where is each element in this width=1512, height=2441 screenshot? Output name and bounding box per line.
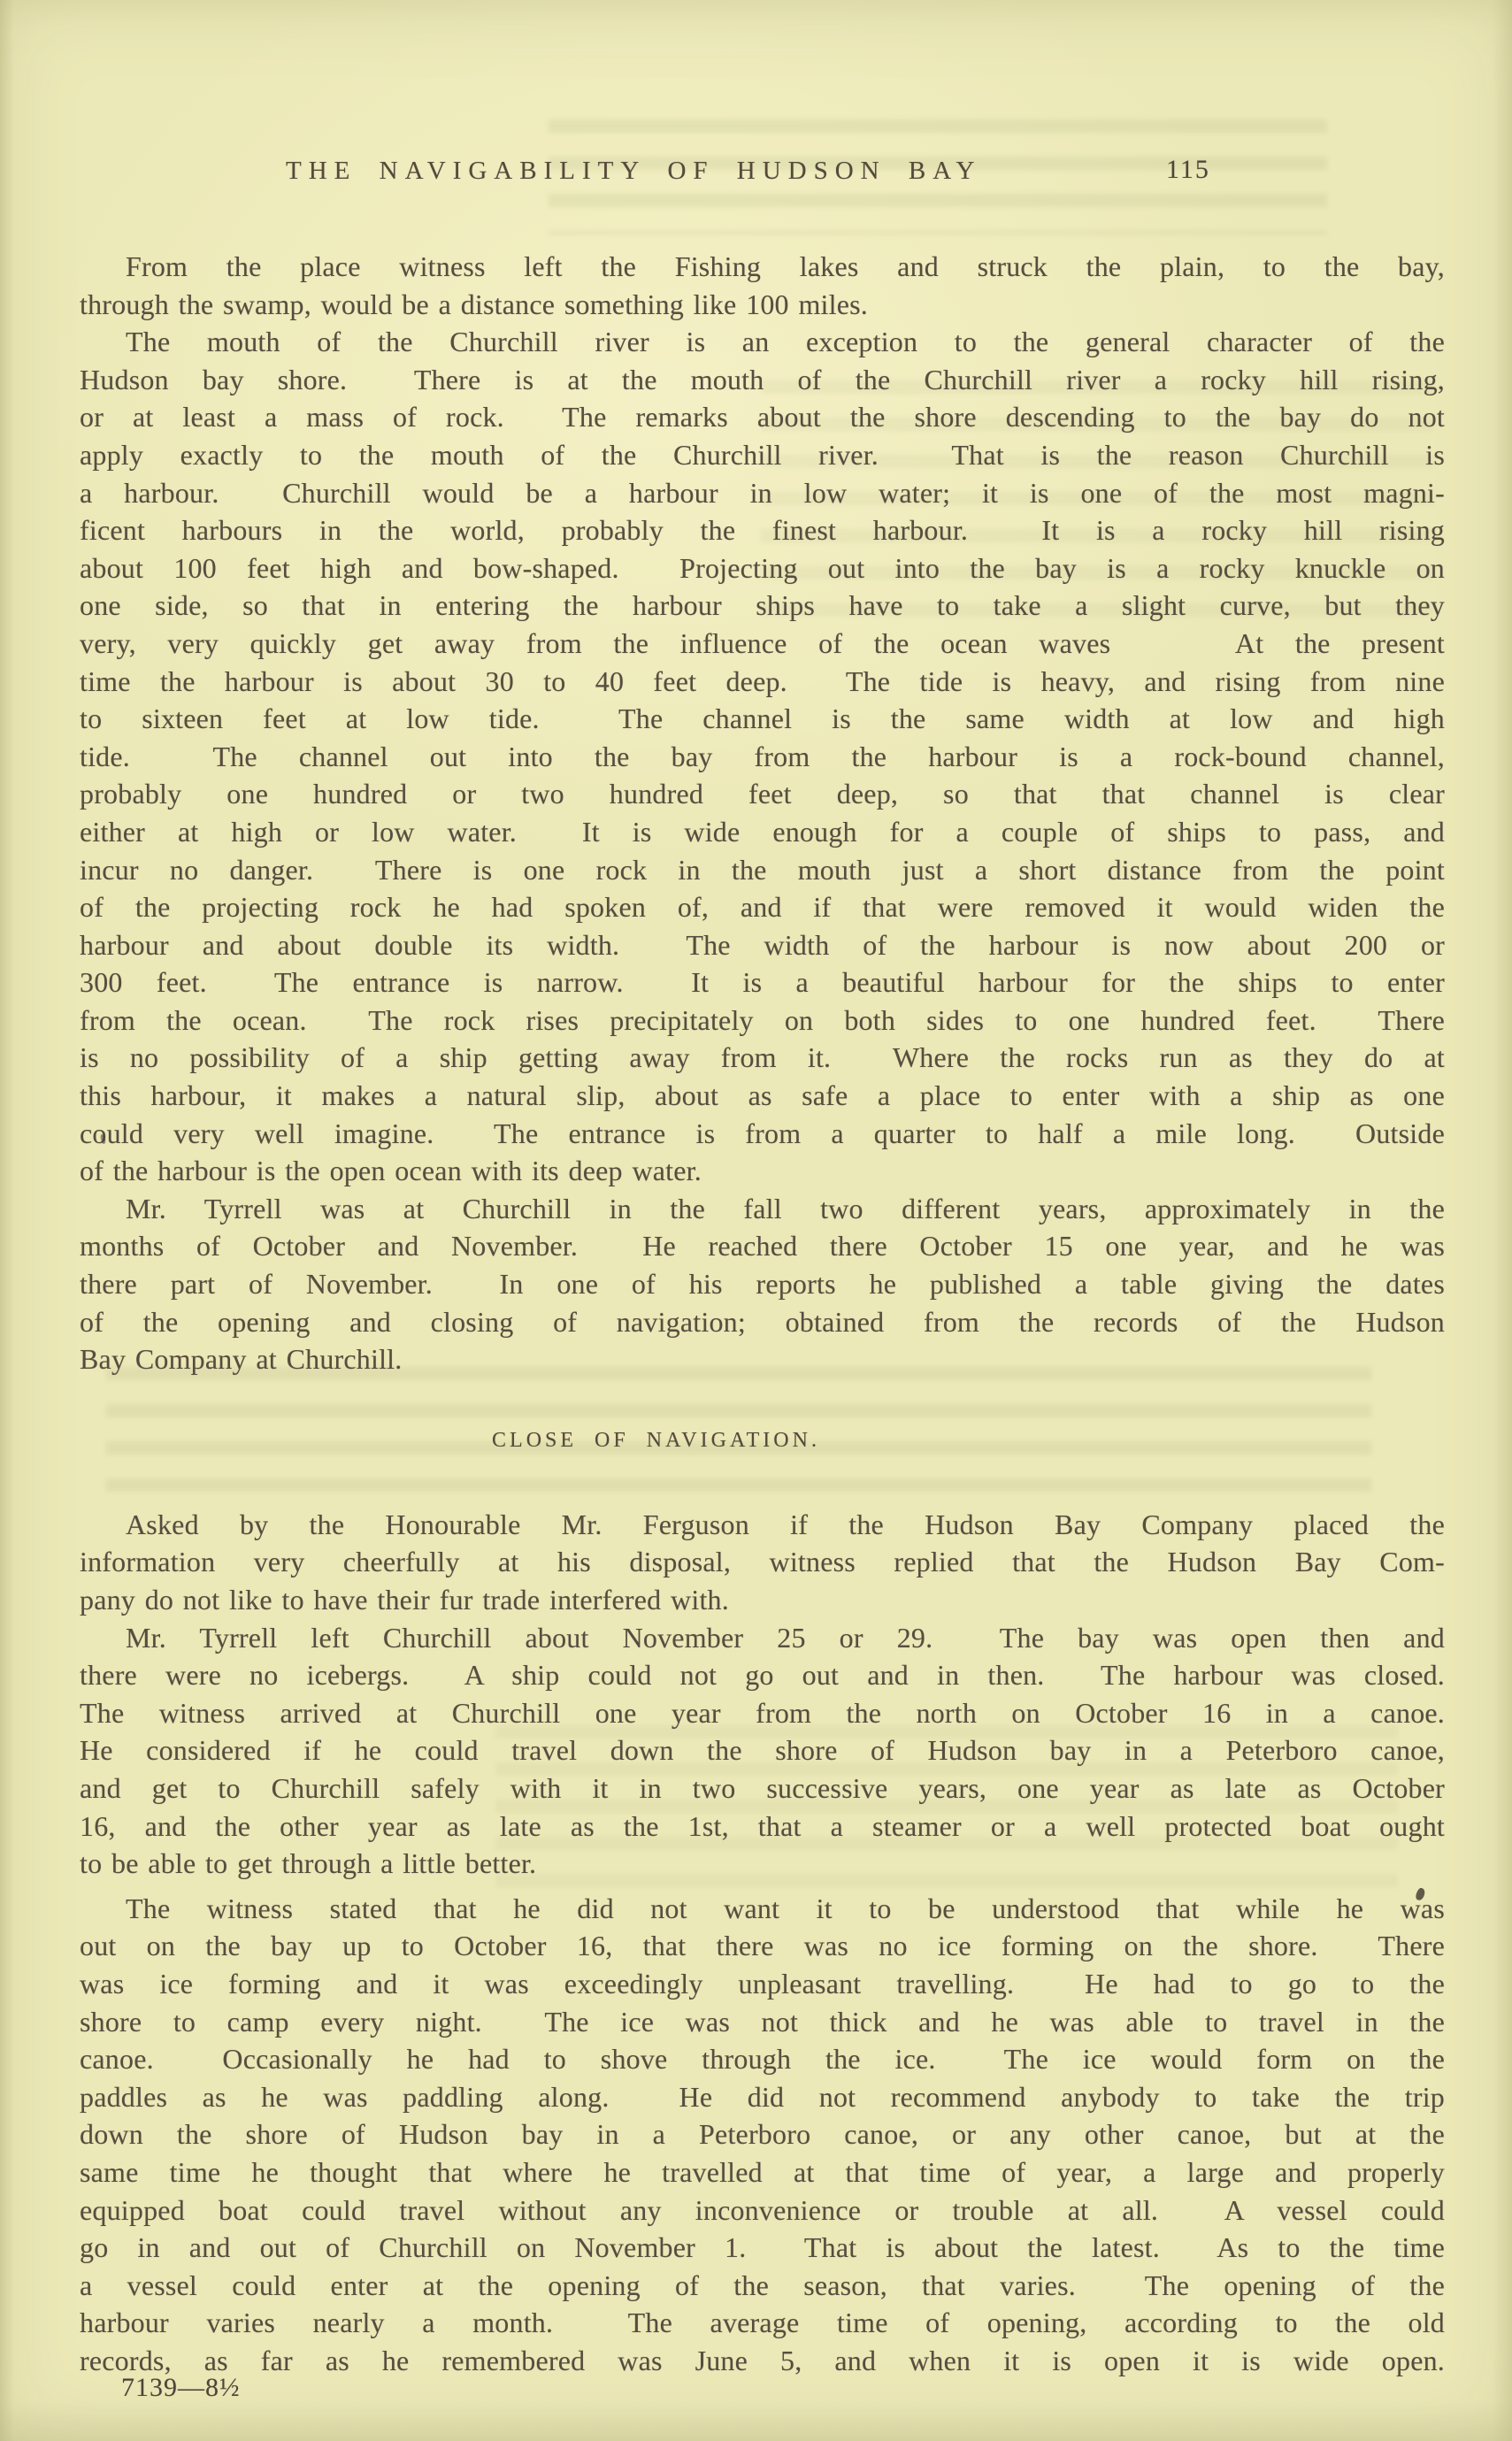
body-text-lower: Asked by the Honourable Mr. Ferguson if … [80, 1506, 1445, 2380]
text-line: very, very quickly get away from the inf… [80, 625, 1445, 663]
text-line: apply exactly to the mouth of the Church… [80, 436, 1445, 474]
text-line: time the harbour is about 30 to 40 feet … [80, 663, 1445, 701]
text-line: The witness arrived at Churchill one yea… [80, 1694, 1445, 1732]
text-line: to be able to get through a little bette… [80, 1845, 1445, 1883]
text-line: Bay Company at Churchill. [80, 1340, 1445, 1378]
text-line: about 100 feet high and bow-shaped. Proj… [80, 549, 1445, 587]
body-text: From the place witness left the Fishing … [80, 248, 1445, 2379]
text-line: equipped boat could travel without any i… [80, 2192, 1445, 2230]
text-line: harbour and about double its width. The … [80, 926, 1445, 964]
text-line: Hudson bay shore. There is at the mouth … [80, 361, 1445, 399]
text-line: could very well imagine. The entrance is… [80, 1115, 1445, 1153]
text-line: through the swamp, would be a distance s… [80, 286, 1445, 324]
text-line: this harbour, it makes a natural slip, a… [80, 1077, 1445, 1115]
text-line: a harbour. Churchill would be a harbour … [80, 474, 1445, 512]
text-line: records, as far as he remembered was Jun… [80, 2342, 1445, 2380]
text-line: From the place witness left the Fishing … [80, 248, 1445, 286]
text-line: go in and out of Churchill on November 1… [80, 2229, 1445, 2267]
text-line: He considered if he could travel down th… [80, 1731, 1445, 1769]
text-line: pany do not like to have their fur trade… [80, 1581, 1445, 1619]
text-line: there part of November. In one of his re… [80, 1265, 1445, 1303]
text-line: of the opening and closing of navigation… [80, 1303, 1445, 1341]
text-line: either at high or low water. It is wide … [80, 813, 1445, 851]
text-line: 16, and the other year as late as the 1s… [80, 1808, 1445, 1846]
text-line: and get to Churchill safely with it in t… [80, 1769, 1445, 1808]
text-line: to sixteen feet at low tide. The channel… [80, 700, 1445, 738]
text-line: months of October and November. He reach… [80, 1227, 1445, 1265]
paragraph: Mr. Tyrrell was at Churchill in the fall… [80, 1190, 1445, 1378]
body-text-upper: From the place witness left the Fishing … [80, 248, 1445, 1378]
text-line: harbour varies nearly a month. The avera… [80, 2304, 1445, 2342]
text-line: there were no icebergs. A ship could not… [80, 1656, 1445, 1694]
text-line: ficent harbours in the world, probably t… [80, 511, 1445, 549]
paragraph: From the place witness left the Fishing … [80, 248, 1445, 323]
printers-signature-mark: 7139—8½ [121, 2373, 241, 2403]
text-line: Asked by the Honourable Mr. Ferguson if … [80, 1506, 1445, 1544]
text-line: down the shore of Hudson bay in a Peterb… [80, 2115, 1445, 2153]
text-line: paddles as he was paddling along. He did… [80, 2078, 1445, 2116]
paragraph: The mouth of the Churchill river is an e… [80, 323, 1445, 1190]
text-line: same time he thought that where he trave… [80, 2153, 1445, 2192]
text-line: a vessel could enter at the opening of t… [80, 2267, 1445, 2305]
text-line: information very cheerfully at his dispo… [80, 1543, 1445, 1581]
text-line: one side, so that in entering the harbou… [80, 587, 1445, 625]
section-heading: CLOSE OF NAVIGATION. [0, 1426, 1339, 1455]
text-line: Mr. Tyrrell was at Churchill in the fall… [80, 1190, 1445, 1228]
page-number: 115 [1166, 157, 1210, 183]
text-line: incur no danger. There is one rock in th… [80, 851, 1445, 889]
text-line: The witness stated that he did not want … [80, 1890, 1445, 1928]
text-line: shore to camp every night. The ice was n… [80, 2003, 1445, 2041]
text-line: out on the bay up to October 16, that th… [80, 1927, 1445, 1965]
text-line: tide. The channel out into the bay from … [80, 738, 1445, 776]
text-line: 300 feet. The entrance is narrow. It is … [80, 963, 1445, 1002]
paragraph: Mr. Tyrrell left Churchill about Novembe… [80, 1619, 1445, 1883]
text-line: probably one hundred or two hundred feet… [80, 775, 1445, 813]
text-line: is no possibility of a ship getting away… [80, 1039, 1445, 1077]
scanned-page: THE NAVIGABILITY OF HUDSON BAY 115 From … [0, 0, 1512, 2441]
text-line: or at least a mass of rock. The remarks … [80, 398, 1445, 436]
running-header-title: THE NAVIGABILITY OF HUDSON BAY [286, 157, 981, 184]
text-line: of the projecting rock he had spoken of,… [80, 888, 1445, 926]
paragraph: The witness stated that he did not want … [80, 1890, 1445, 2380]
text-line: canoe. Occasionally he had to shove thro… [80, 2040, 1445, 2078]
text-line: The mouth of the Churchill river is an e… [80, 323, 1445, 361]
text-line: from the ocean. The rock rises precipita… [80, 1002, 1445, 1040]
text-line: Mr. Tyrrell left Churchill about Novembe… [80, 1619, 1445, 1657]
text-line: was ice forming and it was exceedingly u… [80, 1965, 1445, 2003]
paragraph: Asked by the Honourable Mr. Ferguson if … [80, 1506, 1445, 1619]
text-line: of the harbour is the open ocean with it… [80, 1152, 1445, 1190]
